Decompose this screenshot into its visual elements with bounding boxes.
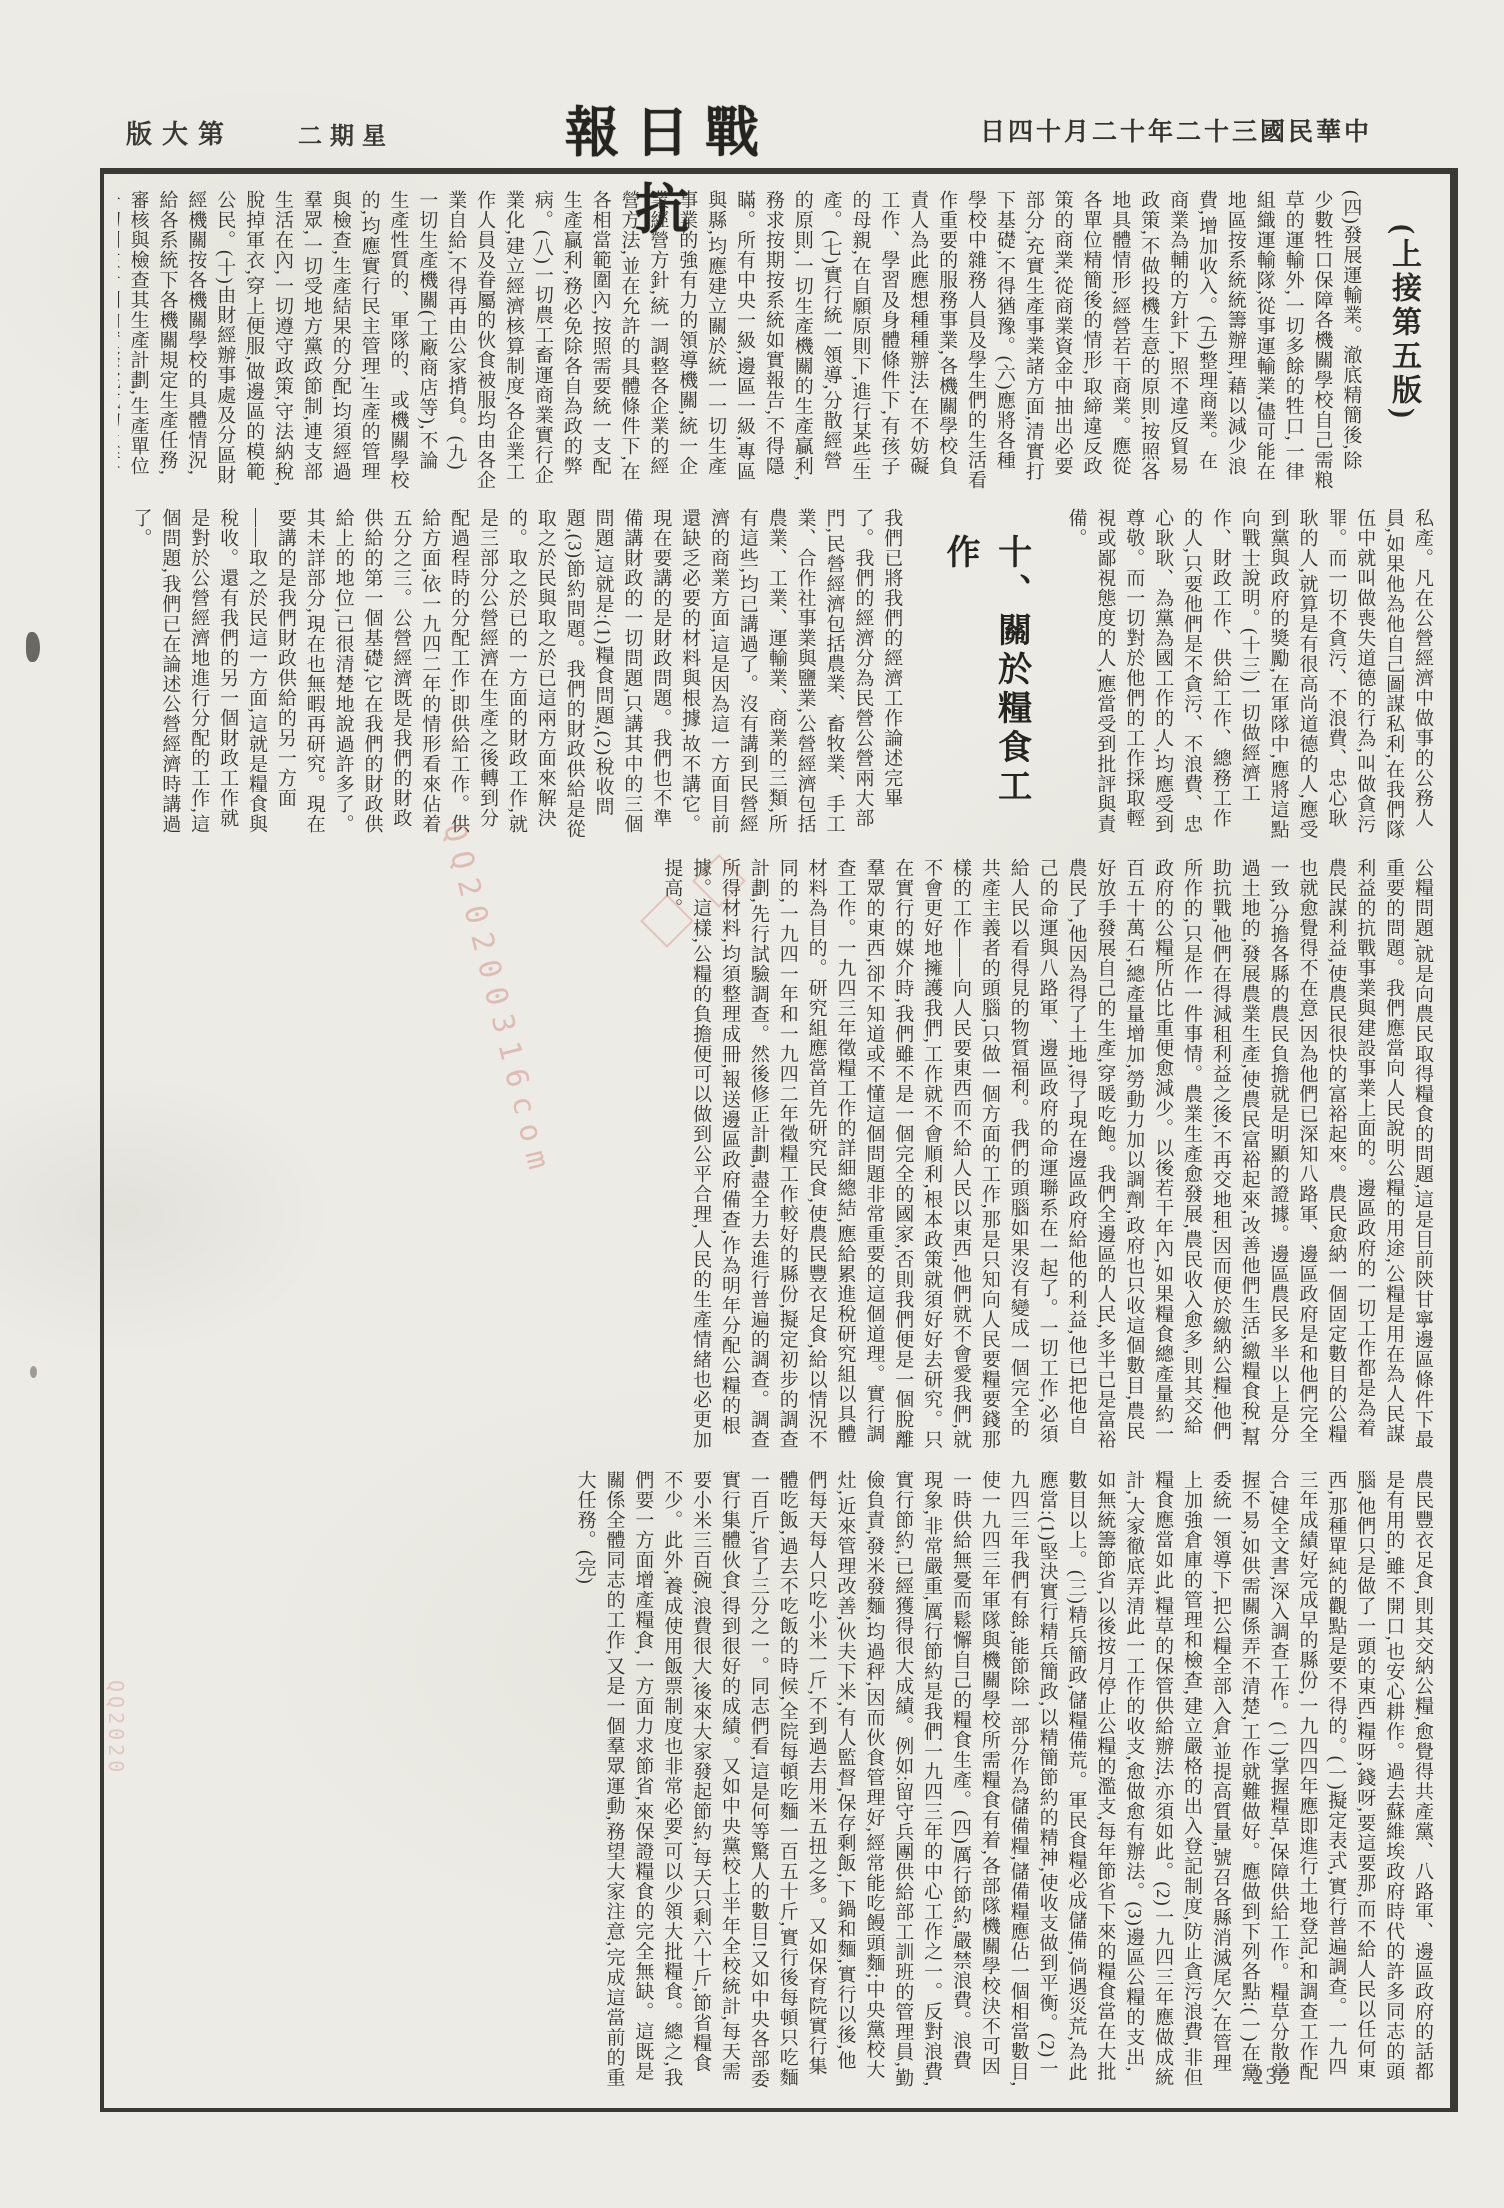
text-strip-section-head: 私產。凡在公營經濟中做事的公務人員,如果他為他自己圖謀私利,在我們隊伍中就叫做喪… xyxy=(118,508,1436,840)
text-strip-top: (上接第五版) (四)發展運輸業。澈底精簡後,除少數牲口保障各機關學校自己需粮草… xyxy=(118,190,1436,490)
ink-smudge xyxy=(26,632,40,662)
strip-b-right-body: 私產。凡在公營經濟中做事的公務人員,如果他為他自己圖謀私利,在我們隊伍中就叫做喪… xyxy=(1061,508,1436,840)
newspaper-scan-page: { "page": { "page_number": "232", "paper… xyxy=(0,0,1504,2208)
text-strip-middle: 公糧問題,就是向農民取得糧食的問題,這是目前陝甘寧邊區條件下最重要的問題。我們應… xyxy=(118,858,1436,1454)
strip-gap xyxy=(118,840,1436,858)
strip-a-body: (四)發展運輸業。澈底精簡後,除少數牲口保障各機關學校自己需粮草的運輸外,一切多… xyxy=(118,190,1364,490)
continued-from-page5-label: (上接第五版) xyxy=(1364,190,1436,490)
weekday-label: 二期星 xyxy=(298,116,394,151)
vertical-text-flow-b: 私產。凡在公營經濟中做事的公務人員,如果他為他自己圖謀私利,在我們隊伍中就叫做喪… xyxy=(118,508,1436,840)
page-frame: (上接第五版) (四)發展運輸業。澈底精簡後,除少數牲口保障各機關學校自己需粮草… xyxy=(100,168,1458,2112)
edition-label: 版大第 xyxy=(126,114,234,151)
vertical-text-flow-c: 公糧問題,就是向農民取得糧食的問題,這是目前陝甘寧邊區條件下最重要的問題。我們應… xyxy=(118,858,1436,1454)
strip-b-left-body: 我們已將我們的經濟工作論述完畢了。我們的經濟分為民營公營兩大部門,民營經濟包括農… xyxy=(126,508,906,840)
publication-date: 日四十月二十年二十三國民華中 xyxy=(980,112,1372,148)
text-strip-bottom: 農民豐衣足食,則其交納公糧,愈覺得共產黨、八路軍、邊區政府的話都是有用的,雖不開… xyxy=(118,1470,1436,2090)
strip-gap xyxy=(118,490,1436,508)
red-side-watermark: QQ2020 xyxy=(104,1680,128,1776)
ink-speck xyxy=(30,1366,37,1378)
newspaper-header: 版大第 二期星 報日戰抗 日四十月二十年二十三國民華中 xyxy=(0,88,1504,160)
section-heading-grain-work: 十、關於糧食工作 xyxy=(905,508,1060,840)
vertical-text-flow-d: 農民豐衣足食,則其交納公糧,愈覺得共產黨、八路軍、邊區政府的話都是有用的,雖不開… xyxy=(118,1470,1436,2090)
strip-gap xyxy=(118,1454,1436,1470)
vertical-text-flow-a: (上接第五版) (四)發展運輸業。澈底精簡後,除少數牲口保障各機關學校自己需粮草… xyxy=(118,190,1436,490)
page-number: 232 xyxy=(1252,2064,1293,2090)
